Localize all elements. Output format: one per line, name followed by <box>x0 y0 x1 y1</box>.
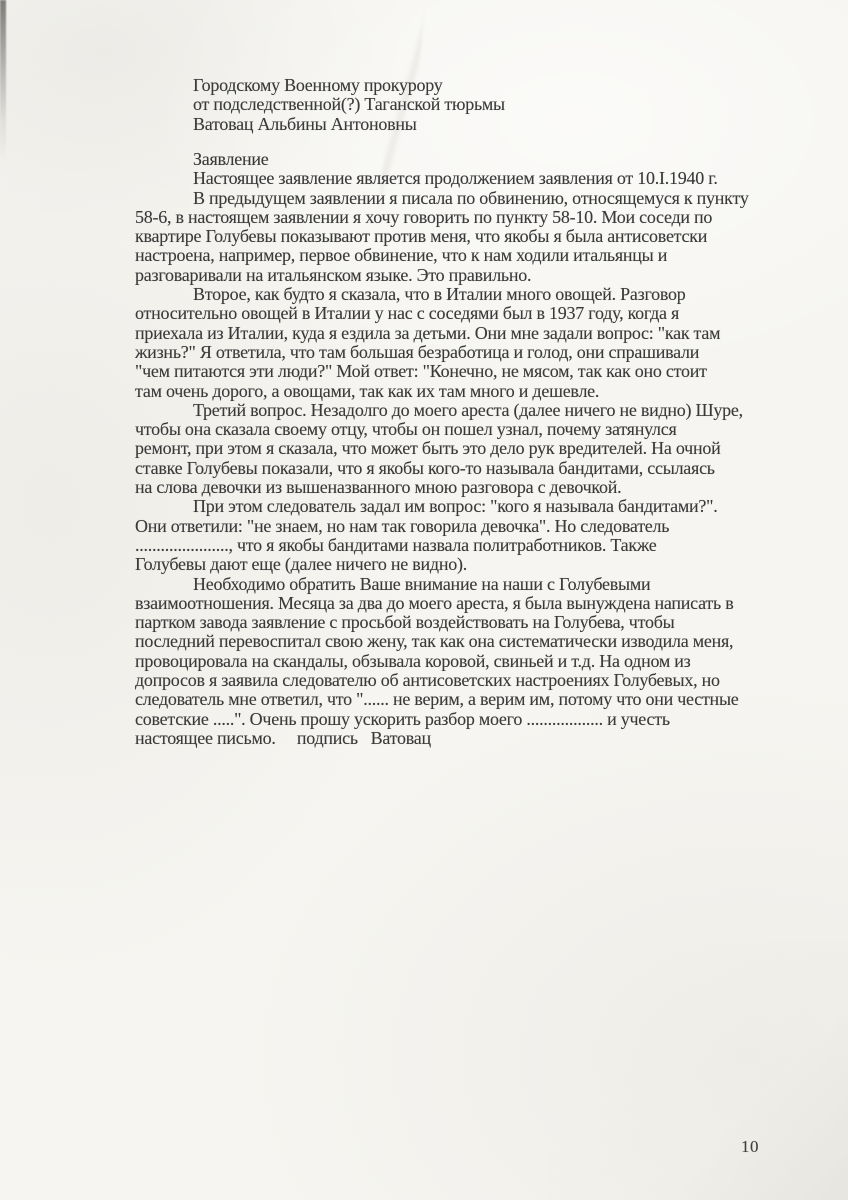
document-line: квартире Голубевы показывают против меня… <box>135 227 749 246</box>
document-line: на слова девочки из вышеназванного мною … <box>135 478 749 497</box>
page-number: 10 <box>741 1137 759 1157</box>
letter-header-line: Ватовац Альбины Антоновны <box>193 115 505 134</box>
document-line: партком завода заявление с просьбой возд… <box>135 613 749 632</box>
letter-header-line: Городскому Военному прокурору <box>193 76 505 95</box>
document-title: Заявление <box>135 150 749 169</box>
document-line: жизнь?" Я ответила, что там большая безр… <box>135 343 749 362</box>
document-line: допросов я заявила следователю об антисо… <box>135 671 749 690</box>
document-line: чтобы она сказала своему отцу, чтобы он … <box>135 420 749 439</box>
document-line: последний перевоспитал свою жену, так ка… <box>135 632 749 651</box>
document-line: ставке Голубевы показали, что я якобы ко… <box>135 459 749 478</box>
document-line: Третий вопрос. Незадолго до моего ареста… <box>135 401 749 420</box>
document-line: относительно овощей в Италии у нас с сос… <box>135 304 749 323</box>
document-line: настроена, например, первое обвинение, ч… <box>135 246 749 265</box>
document-line: "чем питаются эти люди?" Мой ответ: "Кон… <box>135 362 749 381</box>
letter-header: Городскому Военному прокурору от подслед… <box>193 76 505 134</box>
document-line: 58-6, в настоящем заявлении я хочу говор… <box>135 208 749 227</box>
scanned-document-page: Городскому Военному прокурору от подслед… <box>0 0 848 1200</box>
document-line: Второе, как будто я сказала, что в Итали… <box>135 285 749 304</box>
document-line: При этом следователь задал им вопрос: "к… <box>135 497 749 516</box>
document-line: приехала из Италии, куда я ездила за дет… <box>135 324 749 343</box>
document-line: Голубевы дают еще (далее ничего не видно… <box>135 555 749 574</box>
document-body: Настоящее заявление является продолжение… <box>135 169 749 748</box>
document-line: следователь мне ответил, что "...... не … <box>135 690 749 709</box>
document-line: разговаривали на итальянском языке. Это … <box>135 266 749 285</box>
letter-header-line: от подследственной(?) Таганской тюрьмы <box>193 95 505 114</box>
document-line: ......................, что я якобы банд… <box>135 536 749 555</box>
document-line: провоцировала на скандалы, обзывала коро… <box>135 652 749 671</box>
document-line: Настоящее заявление является продолжение… <box>135 169 749 188</box>
document-line: настоящее письмо. подпись Ватовац <box>135 729 749 748</box>
document-line: там очень дорого, а овощами, так как их … <box>135 382 749 401</box>
document-line: В предыдущем заявлении я писала по обвин… <box>135 189 749 208</box>
document-line: советские .....". Очень прошу ускорить р… <box>135 710 749 729</box>
document-line: взаимоотношения. Месяца за два до моего … <box>135 594 749 613</box>
document-main: Заявление Настоящее заявление является п… <box>135 150 749 748</box>
document-text-layer: Городскому Военному прокурору от подслед… <box>0 0 848 1200</box>
document-line: Необходимо обратить Ваше внимание на наш… <box>135 575 749 594</box>
document-line: ремонт, при этом я сказала, что может бы… <box>135 439 749 458</box>
document-line: Они ответили: "не знаем, но нам так гово… <box>135 517 749 536</box>
